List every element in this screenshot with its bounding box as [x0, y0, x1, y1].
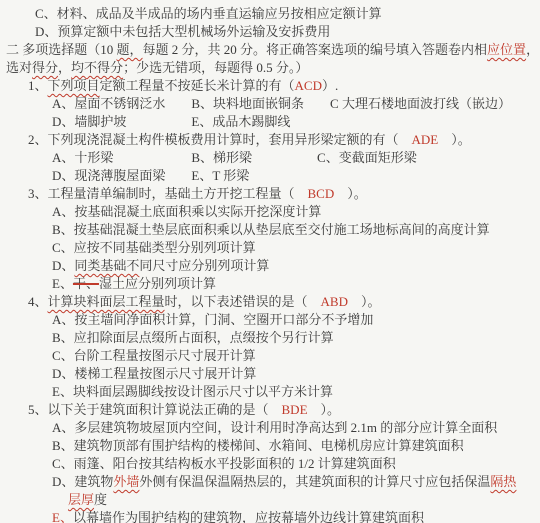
document-line: C、材料、成品及半成品的场内垂直运输应另按相应定额计算: [0, 5, 540, 23]
answer-key-text: BDE: [282, 402, 308, 417]
text-segment: A、按基础混凝土底面积乘以实际开挖深度计算: [52, 204, 321, 219]
text-segment: 外侧有保温保温隔热层的，其建筑面积的计算尺寸应包括保温: [139, 474, 490, 489]
text-segment: C、材料、成品及半成品的场内垂直运输应另按相应定额计算: [35, 6, 382, 21]
document-line: 2、下列现浇混凝土构件模板费用计算时，套用异形梁定额的有（ ADE ）。: [0, 131, 540, 149]
text-segment: 选对: [6, 60, 32, 75]
red-annotation-text: 外墙: [113, 474, 139, 489]
text-segment: ）。: [438, 132, 471, 147]
text-segment: ）.: [322, 78, 338, 93]
document-line: 选对得分，均不得分；少选无错项，每题得 0.5 分。）: [0, 59, 540, 77]
document-line: A、多层建筑物坡屋顶内空间，设计利用时净高达到 2.1m 的部分应计算全面积: [0, 419, 540, 437]
text-segment: D、预算定额中未包括大型机械场外运输及安拆费用: [35, 24, 330, 39]
text-segment: 围护结构的建筑物，应按幕墙外边线计算建筑面积: [138, 510, 424, 523]
document-line: B、建筑物顶部有围护结构的楼梯间、水箱间、电梯机房应计算建筑面积: [0, 437, 540, 455]
answer-key-text: ABD: [321, 294, 348, 309]
document-line: D、预算定额中未包括大型机械场外运输及安拆费用: [0, 23, 540, 41]
document-line: 1、下列项目定额工程量不按延长米计算的有（ACD）.: [0, 77, 540, 95]
text-segment: B、按基础混凝土垫层底面积乘以从垫层底至交付施工场地标高间的高度计算: [52, 222, 490, 237]
document-line: D、墙脚护坡 E、成品木踢脚线: [0, 113, 540, 131]
text-segment: 2、下列现浇混凝土构件模板费用计算时，套用异形梁定额的有（: [28, 132, 412, 147]
red-underlined-text: 以幕墙作为: [73, 510, 138, 523]
document-line: B、按基础混凝土垫层底面积乘以从垫层底至交付施工场地标高间的高度计算: [0, 221, 540, 239]
red-annotation-text: 应位置: [487, 42, 526, 57]
red-underlined-text: 计算块料面层工程量: [48, 294, 165, 309]
text-segment: E、: [52, 276, 73, 291]
document-line: C、应按不同基础类型分别列项计算: [0, 239, 540, 257]
text-segment: B、应扣除面层点缀所占面积，点缀按个另行计算: [52, 330, 334, 345]
text-segment: 1、: [28, 78, 48, 93]
red-underlined-text: 同类基础不: [74, 258, 139, 273]
answer-key-text: ACD: [295, 78, 322, 93]
document-line: A、十形梁 B、梯形梁 C、变截面矩形梁: [0, 149, 540, 167]
text-segment: C、雨篷、阳台按其结构板水平投影面积的 1/2 计算建筑面积: [52, 456, 396, 471]
exam-document-page: C、材料、成品及半成品的场内垂直运输应另按相应定额计算D、预算定额中未包括大型机…: [0, 0, 540, 523]
text-segment: ）。: [348, 294, 381, 309]
document-line: 二 多项选择题（10 题，每题 2 分，共 20 分。将正确答案选项的编号填入答…: [0, 41, 540, 59]
text-segment: ）。: [334, 186, 367, 201]
text-segment: ，: [58, 60, 71, 75]
document-line: E、块料面层踢脚线按设计图示尺寸以平方米计算: [0, 383, 540, 401]
document-line: D、楼梯工程量按图示尺寸展开计算: [0, 365, 540, 383]
document-line: D、同类基础不同尺寸应分别列项计算: [0, 257, 540, 275]
text-segment: A、多层建筑物坡屋顶内空间，设计利用时净高达到 2.1m 的部分应计算全面积: [52, 420, 497, 435]
text-segment: D、现浇薄腹屋面梁 E、T 形梁: [52, 168, 249, 183]
text-segment: 定额工程量不按延长米计算的有（: [100, 78, 295, 93]
document-line: E、干、湿土应分别列项计算: [0, 275, 540, 293]
text-segment: D、墙脚护坡 E、成品木踢脚线: [52, 114, 290, 129]
text-segment: D、楼梯工程量按图示尺寸展开计算: [52, 366, 256, 381]
red-annotation-text: 隔热: [490, 474, 516, 489]
text-segment: 5、以下关于建筑面积计算说法正确的是（: [28, 402, 282, 417]
text-segment: B、建筑物顶部有围护结构的楼梯间、水箱间、电梯机房应计算建筑面积: [52, 438, 464, 453]
document-line: C、雨篷、阳台按其结构板水平投影面积的 1/2 计算建筑面积: [0, 455, 540, 473]
text-segment: 4、: [28, 294, 48, 309]
text-segment: 度: [94, 492, 107, 507]
text-segment: E、块料面层踢脚线按设计图示尺寸以平方米计算: [52, 384, 333, 399]
text-segment: ，: [526, 42, 539, 57]
text-segment: ）。: [308, 402, 341, 417]
document-line: 3、工程量清单编制时，基础土方开挖工程量（ BCD ）。: [0, 185, 540, 203]
text-segment: 3、工程量清单编制时，基础土方开挖工程量（: [28, 186, 308, 201]
answer-key-text: BCD: [308, 186, 335, 201]
text-segment: C、台阶工程量按图示尺寸展开计算: [52, 348, 256, 363]
text-segment: D、: [52, 258, 74, 273]
red-struck-text: 干、: [73, 276, 99, 291]
document-line: A、按主墙间净面积计算，门洞、空圈开口部分不予增加: [0, 311, 540, 329]
red-annotation-text: E、: [52, 510, 73, 523]
text-segment: 时，以下表述错误的是（: [165, 294, 321, 309]
red-underlined-text: 题，: [117, 42, 143, 57]
red-underlined-text: 均不得分: [71, 60, 123, 75]
text-segment: C、应按不同基础类型分别列项计算: [52, 240, 256, 255]
text-segment: A、按主墙间净面积计算，门洞、空圈开口部分不予增加: [52, 312, 373, 327]
document-line: A、屋面不锈钢泛水 B、块料地面嵌铜条 C 大理石楼地面波打线（嵌边）: [0, 95, 540, 113]
text-segment: 同尺寸应分别列项计算: [139, 258, 269, 273]
red-underlined-text: 下列项目: [48, 78, 100, 93]
document-line: A、按基础混凝土底面积乘以实际开挖深度计算: [0, 203, 540, 221]
document-line: E、以幕墙作为围护结构的建筑物，应按幕墙外边线计算建筑面积: [0, 509, 540, 523]
answer-key-text: ADE: [412, 132, 439, 147]
document-line: B、应扣除面层点缀所占面积，点缀按个另行计算: [0, 329, 540, 347]
document-line: D、建筑物外墙外侧有保温保温隔热层的，其建筑面积的计算尺寸应包括保温隔热: [0, 473, 540, 491]
document-line: 5、以下关于建筑面积计算说法正确的是（ BDE ）。: [0, 401, 540, 419]
text-segment: A、十形梁 B、梯形梁 C、变截面矩形梁: [52, 150, 417, 165]
document-line: 4、计算块料面层工程量时，以下表述错误的是（ ABD ）。: [0, 293, 540, 311]
red-annotation-text: 层厚: [68, 492, 94, 507]
text-segment: 每题 2 分，共 20 分。将正确答案选项的编号填入答题卷内相: [143, 42, 488, 57]
text-segment: 二 多项选择题（10: [6, 42, 117, 57]
document-line: 层厚度: [0, 491, 540, 509]
red-underlined-text: 得分: [32, 60, 58, 75]
document-line: C、台阶工程量按图示尺寸展开计算: [0, 347, 540, 365]
document-line: D、现浇薄腹屋面梁 E、T 形梁: [0, 167, 540, 185]
text-segment: A、屋面不锈钢泛水 B、块料地面嵌铜条 C 大理石楼地面波打线（嵌边）: [52, 96, 511, 111]
text-segment: ；少选无错项，每题得 0.5 分。）: [123, 60, 308, 75]
text-segment: D、建筑物: [52, 474, 113, 489]
text-segment: 湿土应分别列项计算: [99, 276, 216, 291]
